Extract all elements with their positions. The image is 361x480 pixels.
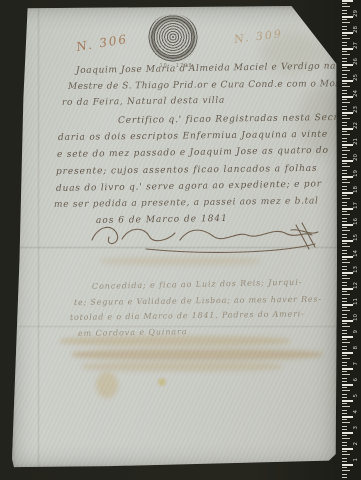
manuscript-paper-sheet: 10 - 1798 N. 306 N. 309 Joaquim Jose Mar… — [12, 6, 337, 468]
ruler-minor-tick — [342, 454, 350, 455]
ruler-cm-tick — [342, 192, 353, 194]
ruler-minor-tick — [342, 29, 347, 30]
ruler-cm-tick — [342, 304, 353, 306]
ruler-number: 20 — [353, 154, 359, 161]
ruler-cm-tick — [342, 208, 353, 210]
ruler-cm-tick — [342, 80, 353, 82]
ruler-cm-tick — [342, 368, 353, 370]
ruler-minor-tick — [342, 285, 347, 286]
ruler-minor-tick — [342, 445, 347, 446]
ruler-cm-tick — [342, 240, 353, 242]
ruler-minor-tick — [342, 77, 347, 78]
manuscript-line: totolad e o dia Marco de 1841, Padres do… — [70, 309, 305, 322]
ruler-cm-tick — [342, 448, 353, 450]
paper-crease — [38, 6, 39, 468]
ruler-minor-tick — [342, 6, 350, 7]
ruler-minor-tick — [342, 403, 347, 404]
ruler-minor-tick — [342, 278, 350, 279]
ruler-cm-tick — [342, 176, 353, 178]
ruler-minor-tick — [342, 474, 347, 475]
ruler-minor-tick — [342, 422, 350, 423]
ruler-minor-tick — [342, 307, 347, 308]
ruler-number: 25 — [353, 74, 359, 81]
manuscript-line: Certifico q.' ficao Registradas nesta Se… — [118, 113, 349, 126]
folio-number-left: N. 306 — [75, 32, 129, 54]
ruler-minor-tick — [342, 51, 347, 52]
ruler-minor-tick — [342, 362, 347, 363]
ruler-minor-tick — [342, 118, 350, 119]
ruler-cm-tick — [342, 96, 353, 98]
ink-seal-stamp-icon — [148, 14, 198, 62]
ruler-minor-tick — [342, 198, 350, 199]
ruler-cm-tick — [342, 272, 353, 274]
ruler-minor-tick — [342, 365, 347, 366]
ruler-minor-tick — [342, 61, 347, 62]
ruler-minor-tick — [342, 58, 347, 59]
ruler-minor-tick — [342, 451, 347, 452]
ruler-cm-tick — [342, 64, 353, 66]
ruler-minor-tick — [342, 326, 350, 327]
ruler-minor-tick — [342, 298, 347, 299]
ruler-minor-tick — [342, 394, 347, 395]
ruler-minor-tick — [342, 134, 350, 135]
ruler-minor-tick — [342, 99, 347, 100]
ruler-number: 3 — [353, 426, 359, 430]
ruler-minor-tick — [342, 131, 347, 132]
ruler-minor-tick — [342, 282, 347, 283]
ruler-minor-tick — [342, 426, 347, 427]
ruler-minor-tick — [342, 243, 347, 244]
ruler-number: 7 — [353, 362, 359, 366]
ruler-minor-tick — [342, 163, 347, 164]
ruler-minor-tick — [342, 10, 347, 11]
manuscript-line: duas do livro q.' serve agora ao expedie… — [56, 179, 322, 194]
ruler-minor-tick — [342, 301, 347, 302]
ruler-number: 18 — [353, 186, 359, 193]
ruler-minor-tick — [342, 477, 347, 478]
ruler-number: 17 — [353, 202, 359, 209]
manuscript-line: Joaquim Jose Maria d'Almeida Maciel e Ve… — [76, 61, 361, 76]
ruler-number: 26 — [353, 58, 359, 65]
ruler-minor-tick — [342, 221, 347, 222]
ruler-minor-tick — [342, 342, 350, 343]
ruler-minor-tick — [342, 314, 347, 315]
ruler-minor-tick — [342, 202, 347, 203]
ruler-minor-tick — [342, 122, 347, 123]
ruler-minor-tick — [342, 435, 347, 436]
ruler-minor-tick — [342, 109, 347, 110]
ruler-minor-tick — [342, 294, 350, 295]
ruler-cm-tick — [342, 144, 353, 146]
ruler-minor-tick — [342, 346, 347, 347]
ruler-number: 10 — [353, 314, 359, 321]
ruler-cm-tick — [342, 288, 353, 290]
ruler-minor-tick — [342, 330, 347, 331]
ruler-minor-tick — [342, 147, 347, 148]
ruler-minor-tick — [342, 186, 347, 187]
manuscript-line: presente; cujos assentos ficao lancados … — [56, 164, 318, 177]
ruler-cm-tick — [342, 400, 353, 402]
ruler-minor-tick — [342, 259, 347, 260]
photographed-document-scene: 10 - 1798 N. 306 N. 309 Joaquim Jose Mar… — [0, 0, 361, 480]
ruler-minor-tick — [342, 349, 347, 350]
ruler-number: 24 — [353, 90, 359, 97]
ruler-cm-tick — [342, 224, 353, 226]
ruler-minor-tick — [342, 54, 350, 55]
ruler-minor-tick — [342, 211, 347, 212]
ruler-minor-tick — [342, 38, 350, 39]
ruler-minor-tick — [342, 275, 347, 276]
ruler-cm-tick — [342, 352, 353, 354]
ink-bleedthrough — [82, 362, 282, 371]
ruler-minor-tick — [342, 13, 347, 14]
ruler-number: 13 — [353, 266, 359, 273]
manuscript-line: te; Segura e Validade de Lisboa; ao mes … — [74, 295, 322, 307]
ruler-minor-tick — [342, 141, 347, 142]
ruler-number: 8 — [353, 346, 359, 350]
ruler-minor-tick — [342, 205, 347, 206]
ruler-minor-tick — [342, 19, 347, 20]
ruler-minor-tick — [342, 138, 347, 139]
ruler-cm-tick — [342, 112, 353, 114]
ruler-minor-tick — [342, 150, 350, 151]
ruler-number: 15 — [353, 234, 359, 241]
ruler-minor-tick — [342, 93, 347, 94]
manuscript-line: em Cordova e Quinara — [78, 327, 188, 338]
ruler-number: 23 — [353, 106, 359, 113]
ruler-minor-tick — [342, 214, 350, 215]
ruler-number: 2 — [353, 442, 359, 446]
ruler-minor-tick — [342, 26, 347, 27]
ruler-cm-tick — [342, 416, 353, 418]
ruler-number: 6 — [353, 378, 359, 382]
ruler-minor-tick — [342, 115, 347, 116]
ruler-minor-tick — [342, 246, 350, 247]
ruler-cm-tick — [342, 48, 353, 50]
manuscript-line: daria os dois escriptos Enfermiua Joaqui… — [58, 130, 328, 143]
ruler-cm-tick — [342, 384, 353, 386]
ruler-minor-tick — [342, 35, 347, 36]
ruler-minor-tick — [342, 166, 350, 167]
ruler-minor-tick — [342, 230, 350, 231]
ruler-minor-tick — [342, 442, 347, 443]
ruler-minor-tick — [342, 470, 350, 471]
manuscript-line: ro da Feira, Natural desta villa — [62, 96, 225, 108]
ruler-cm-tick — [342, 16, 353, 18]
ruler-minor-tick — [342, 227, 347, 228]
ruler-minor-tick — [342, 310, 350, 311]
photographic-cm-ruler: 2928272625242322212019181716151413121110… — [341, 0, 361, 480]
ruler-minor-tick — [342, 250, 347, 251]
paper-stain — [96, 372, 118, 398]
ruler-cm-tick — [342, 432, 353, 434]
ruler-minor-tick — [342, 262, 350, 263]
folio-number-right: N. 309 — [233, 27, 283, 46]
ruler-number: 12 — [353, 282, 359, 289]
ruler-number: 28 — [353, 26, 359, 33]
ruler-minor-tick — [342, 22, 350, 23]
ruler-minor-tick — [342, 42, 347, 43]
ruler-minor-tick — [342, 266, 347, 267]
ruler-minor-tick — [342, 189, 347, 190]
ruler-minor-tick — [342, 374, 350, 375]
ruler-minor-tick — [342, 419, 347, 420]
ruler-minor-tick — [342, 458, 347, 459]
ruler-cm-tick — [342, 32, 353, 34]
ruler-number: 1 — [353, 458, 359, 462]
ruler-minor-tick — [342, 182, 350, 183]
ruler-number: 9 — [353, 330, 359, 334]
ruler-minor-tick — [342, 234, 347, 235]
ruler-cm-tick — [342, 128, 353, 130]
ruler-minor-tick — [342, 157, 347, 158]
ruler-minor-tick — [342, 387, 347, 388]
ruler-minor-tick — [342, 381, 347, 382]
ruler-number: 16 — [353, 218, 359, 225]
ruler-number: 29 — [353, 10, 359, 17]
ruler-cm-tick — [342, 320, 353, 322]
ruler-minor-tick — [342, 410, 347, 411]
signature-flourish — [88, 218, 320, 258]
ruler-cm-tick — [342, 256, 353, 258]
ruler-number: 27 — [353, 42, 359, 49]
ruler-number: 21 — [353, 138, 359, 145]
ruler-minor-tick — [342, 371, 347, 372]
ruler-minor-tick — [342, 102, 350, 103]
ruler-minor-tick — [342, 90, 347, 91]
ruler-minor-tick — [342, 339, 347, 340]
ruler-number: 19 — [353, 170, 359, 177]
ink-bleedthrough — [72, 349, 322, 360]
ruler-minor-tick — [342, 45, 347, 46]
ruler-minor-tick — [342, 390, 350, 391]
ruler-minor-tick — [342, 253, 347, 254]
ruler-cm-tick — [342, 336, 353, 338]
ruler-minor-tick — [342, 429, 347, 430]
ruler-minor-tick — [342, 154, 347, 155]
ruler-minor-tick — [342, 86, 350, 87]
ruler-minor-tick — [342, 83, 347, 84]
ruler-minor-tick — [342, 461, 347, 462]
ruler-minor-tick — [342, 237, 347, 238]
ruler-number: 22 — [353, 122, 359, 129]
ruler-minor-tick — [342, 378, 347, 379]
ruler-minor-tick — [342, 195, 347, 196]
ruler-minor-tick — [342, 67, 347, 68]
ruler-cm-tick — [342, 464, 353, 466]
ruler-minor-tick — [342, 179, 347, 180]
ruler-number: 5 — [353, 394, 359, 398]
ruler-minor-tick — [342, 269, 347, 270]
ruler-number: 14 — [353, 250, 359, 257]
ruler-minor-tick — [342, 406, 350, 407]
ruler-minor-tick — [342, 333, 347, 334]
ruler-minor-tick — [342, 106, 347, 107]
ink-bleedthrough — [100, 257, 260, 265]
ruler-cm-tick — [342, 160, 353, 162]
ruler-minor-tick — [342, 413, 347, 414]
ruler-minor-tick — [342, 467, 347, 468]
ruler-minor-tick — [342, 170, 347, 171]
ruler-minor-tick — [342, 218, 347, 219]
manuscript-line: Mestre de S. Thiago Prid.or e Cura Cond.… — [68, 79, 357, 92]
ruler-minor-tick — [342, 323, 347, 324]
ruler-minor-tick — [342, 317, 347, 318]
ruler-minor-tick — [342, 291, 347, 292]
ruler-number: 4 — [353, 410, 359, 414]
manuscript-line: Concedida; e fica ao Luiz dos Reis; Jurq… — [92, 278, 302, 291]
manuscript-line: me ser pedida a presente, a passei aos m… — [54, 196, 319, 210]
ruler-minor-tick — [342, 70, 350, 71]
ruler-minor-tick — [342, 358, 350, 359]
ruler-cm-tick — [342, 0, 353, 2]
paper-stain — [158, 378, 166, 386]
ruler-minor-tick — [342, 74, 347, 75]
ruler-number: 11 — [353, 298, 359, 305]
ruler-minor-tick — [342, 173, 347, 174]
ruler-minor-tick — [342, 125, 347, 126]
ruler-minor-tick — [342, 3, 347, 4]
ruler-minor-tick — [342, 397, 347, 398]
manuscript-line: e sete do mez passado e Joaquim Jose as … — [57, 146, 329, 160]
ruler-minor-tick — [342, 438, 350, 439]
ruler-minor-tick — [342, 355, 347, 356]
